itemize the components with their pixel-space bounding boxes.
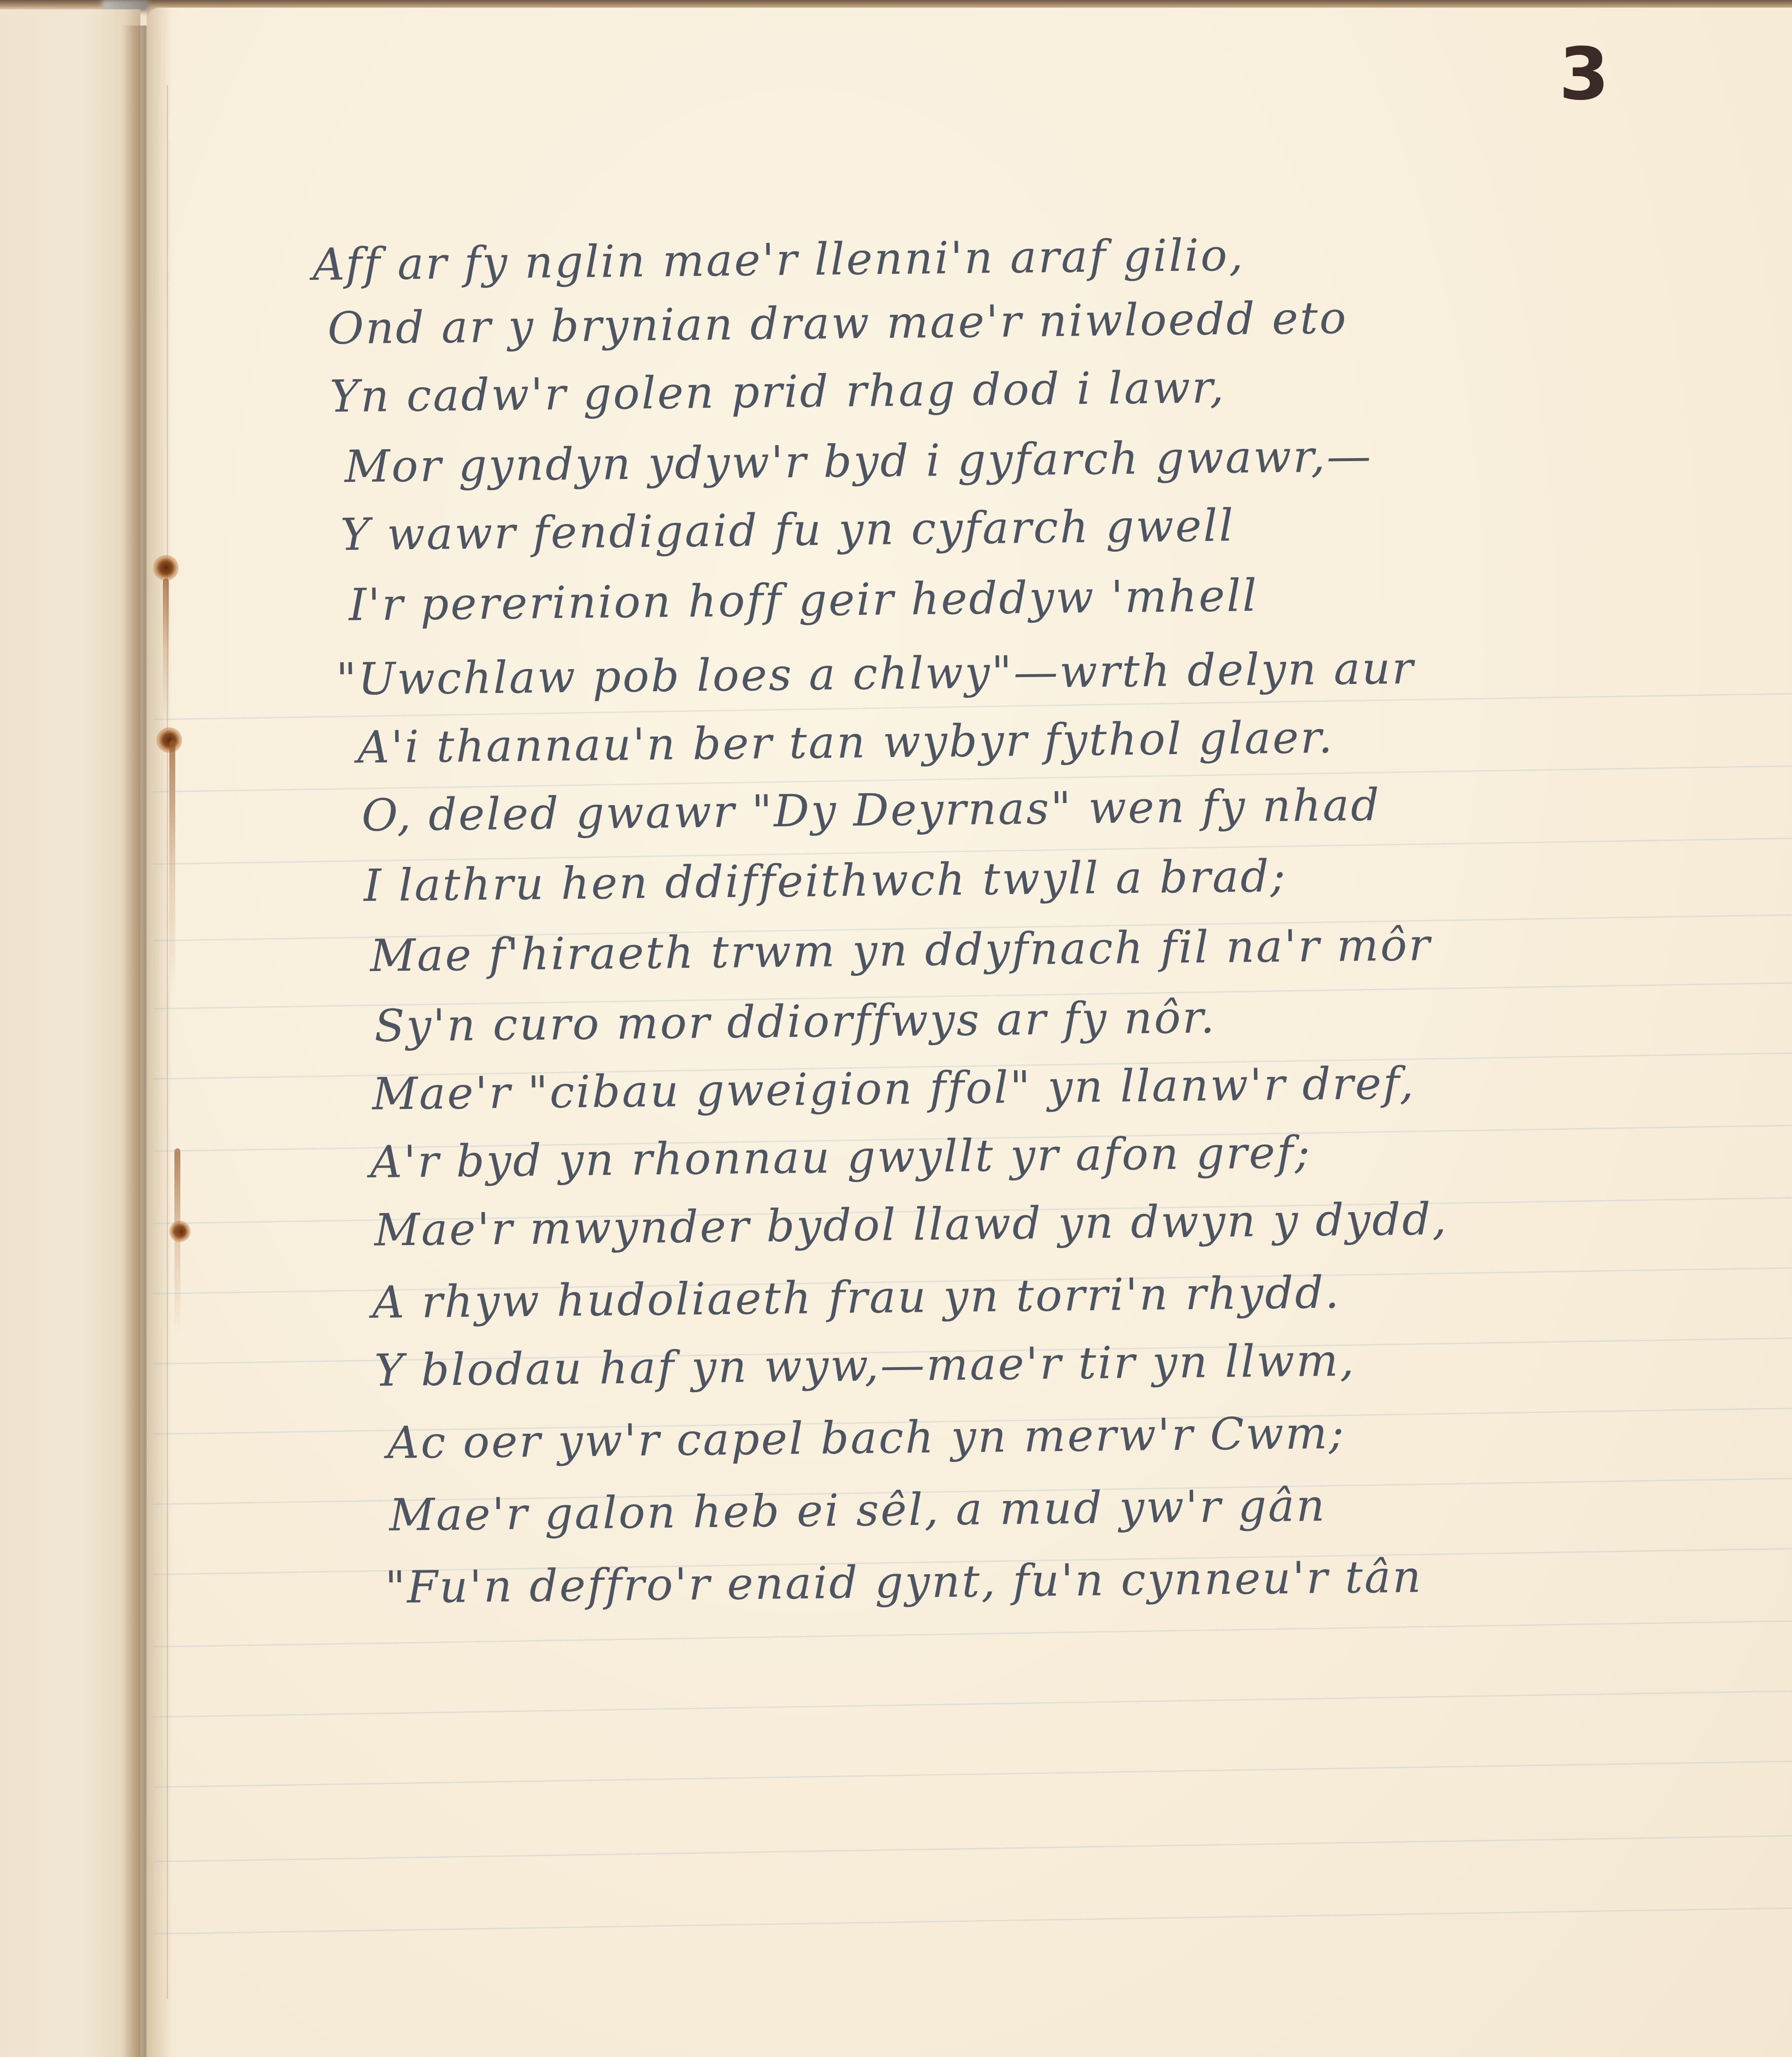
poem-line: Ond ar y brynian draw mae'r niwloedd eto (327, 296, 1348, 350)
poem-line: I'r pererinion hoff geir heddyw 'mhell (348, 573, 1258, 627)
poem-line: I lathru hen ddiffeithwch twyll a brad; (363, 854, 1287, 908)
poem-line: A'r byd yn rhonnau gwyllt yr afon gref; (370, 1130, 1311, 1184)
poem-line: Y blodau haf yn wyw,—mae'r tir yn llwm, (374, 1338, 1356, 1393)
poem-line: Yn cadw'r golen prid rhag dod i lawr, (329, 365, 1225, 419)
poem-line: Mor gyndyn ydyw'r byd i gyfarch gwawr,— (344, 434, 1373, 489)
poem-body: Aff ar fy nglin mae'r llenni'n araf gili… (0, 0, 1792, 2057)
poem-line: A'i thannau'n ber tan wybyr fythol glaer… (357, 715, 1334, 769)
poem-line: Sy'n curo mor ddiorffwys ar fy nôr. (374, 995, 1216, 1048)
poem-line: Y wawr fendigaid fu yn cyfarch gwell (340, 503, 1235, 557)
poem-line: "Uwchlaw pob loes a chlwy"—wrth delyn au… (336, 646, 1415, 701)
poem-line: O, deled gwawr "Dy Deyrnas" wen fy nhad (361, 783, 1381, 838)
poem-line: Mae'r mwynder bydol llawd yn dwyn y dydd… (374, 1197, 1448, 1252)
poem-line: A rhyw hudoliaeth frau yn torri'n rhydd. (372, 1270, 1341, 1325)
poem-line: Ac oer yw'r capel bach yn merw'r Cwm; (387, 1410, 1345, 1465)
poem-line: Aff ar fy nglin mae'r llenni'n araf gili… (312, 233, 1245, 287)
poem-line: Mae'r galon heb ei sêl, a mud yw'r gân (389, 1483, 1326, 1537)
scanned-notebook-spread: 3 Aff ar fy nglin mae'r llenni'n araf gi… (0, 0, 1792, 2057)
poem-line: Mae f'hiraeth trwm yn ddyfnach fil na'r … (370, 923, 1431, 978)
poem-line: Mae'r "cibau gweigion ffol" yn llanw'r d… (372, 1061, 1415, 1116)
poem-line: "Fu'n deffro'r enaid gynt, fu'n cynneu'r… (385, 1554, 1423, 1610)
